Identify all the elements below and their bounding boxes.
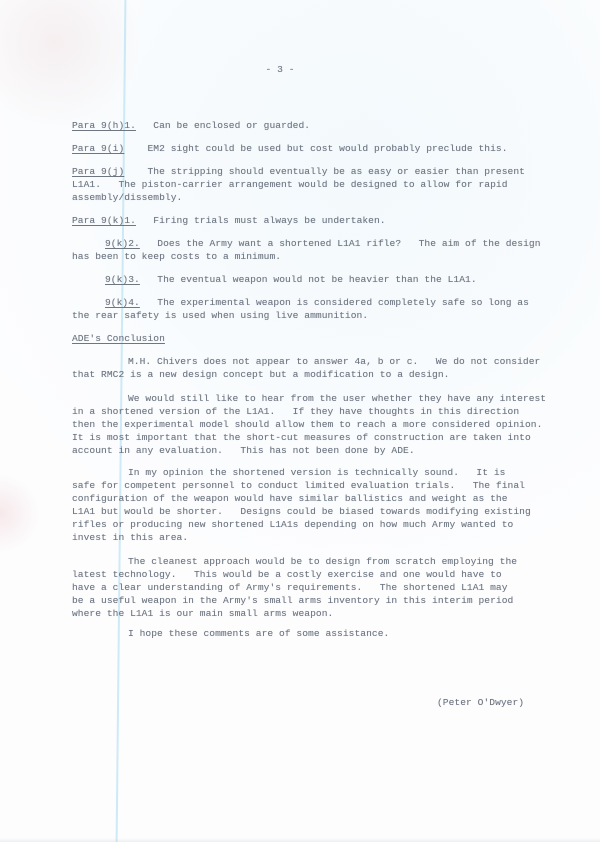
para-9k4-text: The experimental weapon is considered co… (72, 297, 529, 321)
document-page: - 3 - Para 9(h)1. Can be enclosed or gua… (0, 0, 600, 842)
para-9k4: 9(k)4. The experimental weapon is consid… (72, 296, 558, 322)
para-9k3-label: 9(k)3. (105, 274, 140, 285)
para-9k2: 9(k)2. Does the Army want a shortened L1… (72, 237, 558, 263)
para-user-interest: We would still like to hear from the use… (72, 392, 558, 457)
para-opinion: In my opinion the shortened version is t… (72, 466, 558, 544)
para-9k3-text: The eventual weapon would not be heavier… (140, 274, 477, 285)
para-9k4-label: 9(k)4. (105, 297, 140, 308)
para-9j-label: Para 9(j) (72, 166, 124, 177)
para-9k3: 9(k)3. The eventual weapon would not be … (72, 273, 558, 286)
para-9k1-label: Para 9(k)1. (72, 215, 136, 226)
scan-bottom-edge (0, 838, 600, 842)
para-9j-text: The stripping should eventually be as ea… (72, 166, 525, 203)
para-9i-label: Para 9(i) (72, 143, 124, 154)
para-9k1: Para 9(k)1. Firing trials must always be… (72, 214, 558, 227)
para-9k2-label: 9(k)2. (105, 238, 140, 249)
signature: (Peter O'Dwyer) (437, 696, 524, 709)
para-chivers: M.H. Chivers does not appear to answer 4… (72, 355, 558, 381)
page-number: - 3 - (0, 63, 560, 76)
para-cleanest-approach: The cleanest approach would be to design… (72, 555, 558, 620)
para-9k2-text: Does the Army want a shortened L1A1 rifl… (72, 238, 541, 262)
para-9h1-text: Can be enclosed or guarded. (136, 120, 310, 131)
para-9h1: Para 9(h)1. Can be enclosed or guarded. (72, 119, 558, 132)
para-9i-text: EM2 sight could be used but cost would p… (124, 143, 507, 154)
section-heading: ADE's Conclusion (72, 332, 558, 345)
para-9h1-label: Para 9(h)1. (72, 120, 136, 131)
para-closing: I hope these comments are of some assist… (72, 627, 558, 640)
para-9k1-text: Firing trials must always be undertaken. (136, 215, 386, 226)
para-9i: Para 9(i) EM2 sight could be used but co… (72, 142, 558, 155)
para-9j: Para 9(j) The stripping should eventuall… (72, 165, 558, 204)
section-heading-text: ADE's Conclusion (72, 333, 165, 344)
